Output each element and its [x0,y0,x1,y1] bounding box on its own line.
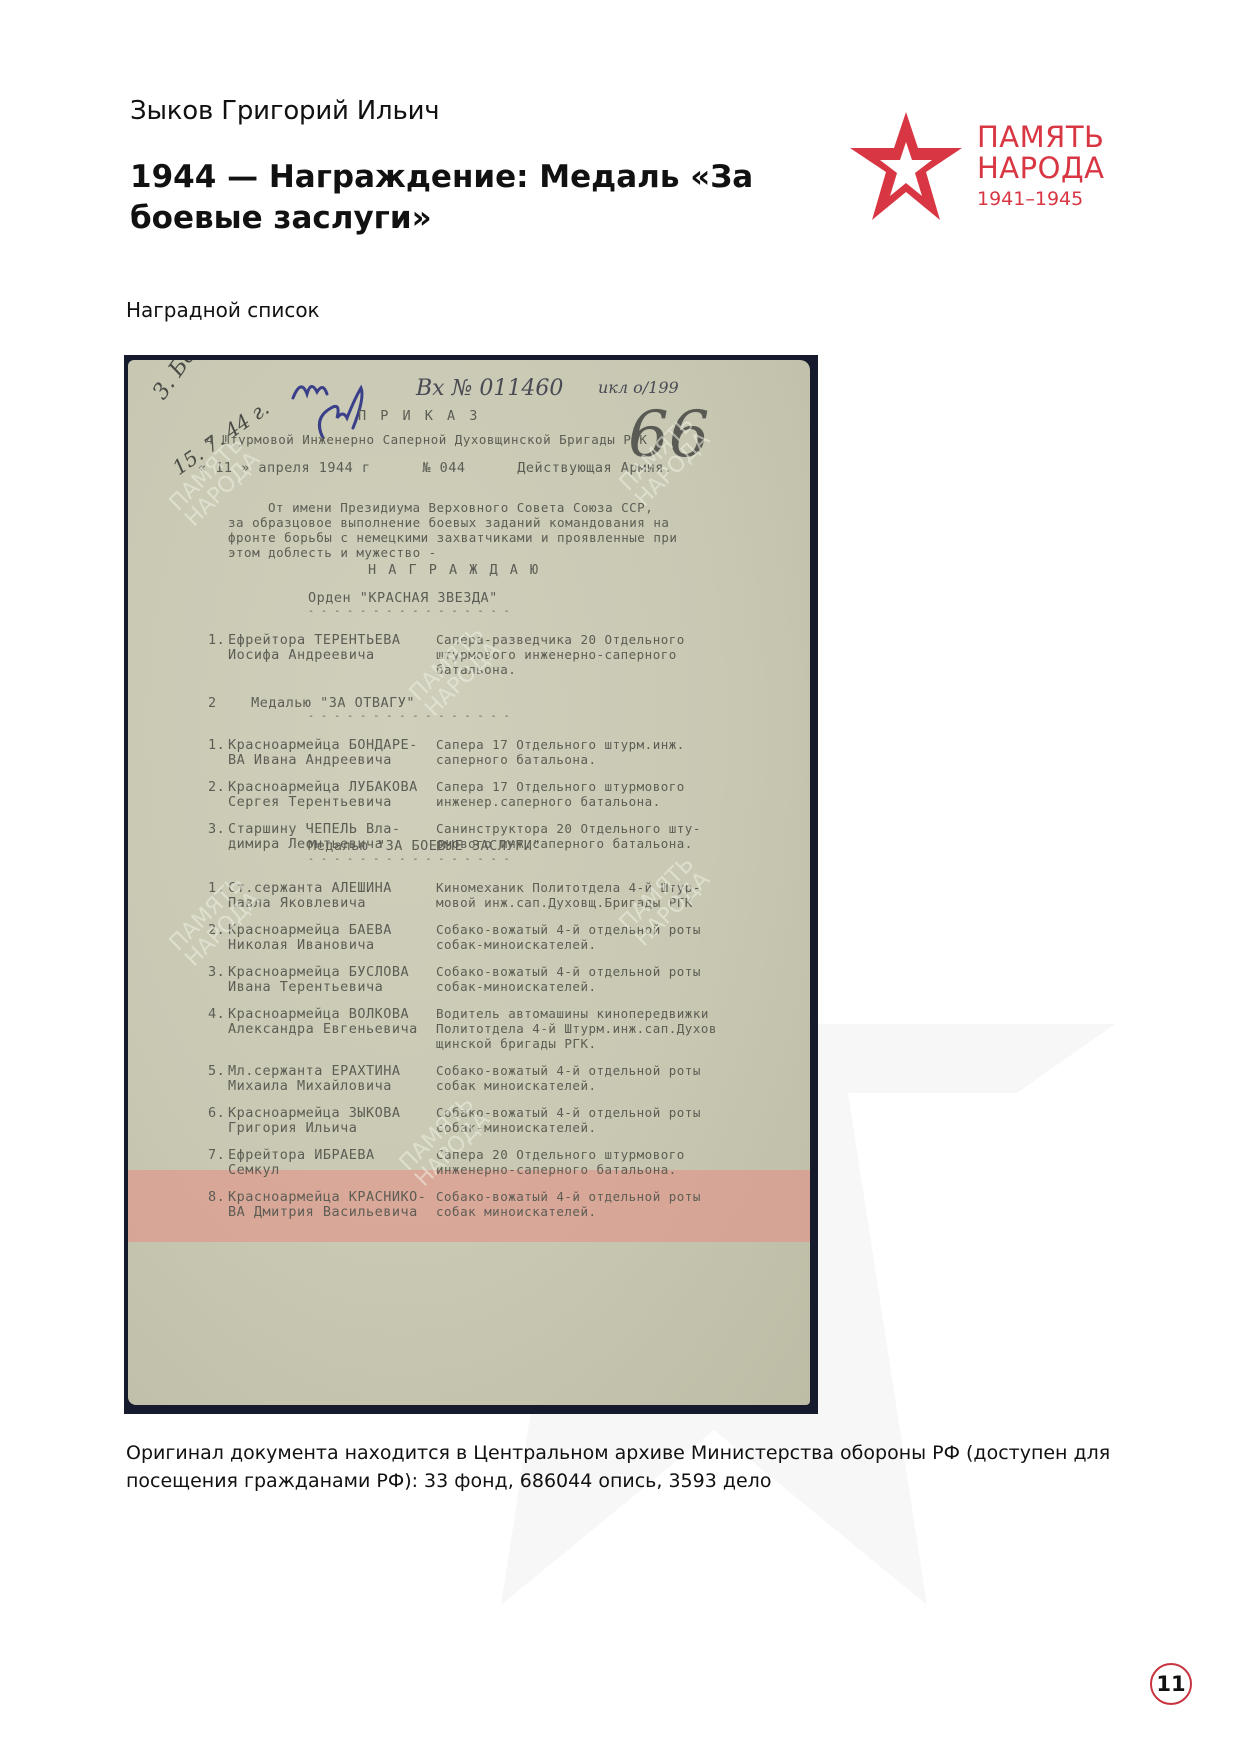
preamble-line: От имени Президиума Верховного Совета Со… [268,500,653,516]
entry-number: 8. [208,1189,225,1205]
entry-role: Собако-вожатый 4-й отдельной роты [436,1189,701,1205]
document-date-line: « 11 » апреля 1944 г № 044 Действующая А… [198,460,673,476]
entry-role: Собако-вожатый 4-й отдельной роты [436,1063,701,1079]
entry-name: Михаила Михайловича [228,1078,392,1094]
section-underline: - - - - - - - - - - - - - - - - [308,604,510,620]
entry-name: ВА Ивана Андреевича [228,752,392,768]
entry-role: Сапера 20 Отдельного штурмового [436,1147,685,1163]
document-unit: 4 Штурмовой Инженерно Саперной Духовщинс… [206,432,647,448]
award-word: Н А Г Р А Ж Д А Ю [368,562,540,578]
entry-name: Красноармейца ЛУБАКОВА [228,779,418,795]
handwritten-registration: Вх № 011460 [416,376,563,401]
entry-role: собак-миноискателей. [436,979,597,995]
entry-name: Сергея Терентьевича [228,794,392,810]
entry-name: Красноармейца КРАСНИКО- [228,1189,426,1205]
entry-name: Александра Евгеньевича [228,1021,418,1037]
entry-name: Старшину ЧЕПЕЛЬ Вла- [228,821,401,837]
entry-role: Сапера 17 Отдельного штурм.инж. [436,737,685,753]
entry-role: собак-миноискателей. [436,937,597,953]
document-heading: П Р И К А З [358,408,480,424]
entry-role: щинской бригады РГК. [436,1036,597,1052]
red-star-icon [850,112,962,220]
entry-name: Мл.сержанта ЕРАХТИНА [228,1063,401,1079]
logo-line-1: ПАМЯТЬ [977,122,1104,153]
entry-number: 1. [208,632,225,648]
entry-name: Красноармейца ВОЛКОВА [228,1006,409,1022]
document-paper: 3. Бел. ф. 15. 7. 44 г. Вх № 011460 икл … [128,360,810,1405]
entry-number: 3. [208,964,225,980]
entry-name: ВА Дмитрия Васильевича [228,1204,418,1220]
handwritten-corner-note: 3. Бел. ф. [148,360,231,404]
entry-number: 3. [208,821,225,837]
entry-role: Политотдела 4-й Штурм.инж.сап.Духов [436,1021,717,1037]
section-underline: - - - - - - - - - - - - - - - - [308,852,510,868]
entry-number: 7. [208,1147,225,1163]
entry-number: 5. [208,1063,225,1079]
entry-role: инженерно-саперного батальона. [436,1162,677,1178]
entry-role: Сапера 17 Отдельного штурмового [436,779,685,795]
logo-years: 1941–1945 [977,186,1104,212]
section-underline: - - - - - - - - - - - - - - - - [308,709,510,725]
preamble-line: фронте борьбы с немецкими захватчиками и… [228,530,677,546]
entry-name: Ефрейтора ИБРАЕВА [228,1147,375,1163]
entry-number: 2. [208,779,225,795]
entry-name: Красноармейца ЗЫКОВА [228,1105,401,1121]
entry-number: 6. [208,1105,225,1121]
entry-name: Красноармейца БАЕВА [228,922,392,938]
entry-number: 4. [208,1006,225,1022]
entry-role: Водитель автомашины кинопередвижки [436,1006,709,1022]
logo-line-2: НАРОДА [977,153,1104,184]
logo-text: ПАМЯТЬ НАРОДА 1941–1945 [977,122,1104,212]
entry-name: Семкул [228,1162,280,1178]
page-number: 11 [1150,1663,1192,1705]
entry-role: Санинструктора 20 Отдельного шту- [436,821,701,837]
person-name: Зыков Григорий Ильич [130,96,439,126]
page-title: 1944 — Награждение: Медаль «За боевые за… [130,157,790,239]
entry-name: Красноармейца БУСЛОВА [228,964,409,980]
entry-number: 1. [208,737,225,753]
entry-role: инженер.саперного батальона. [436,794,661,810]
archive-caption: Оригинал документа находится в Центральн… [126,1439,1126,1495]
entry-name: Ивана Терентьевича [228,979,383,995]
entry-name: Ефрейтора ТЕРЕНТЬЕВА [228,632,401,648]
entry-name: Николая Ивановича [228,937,375,953]
entry-role: собак миноискателей. [436,1204,597,1220]
archive-document-image: 3. Бел. ф. 15. 7. 44 г. Вх № 011460 икл … [124,355,818,1414]
preamble-line: за образцовое выполнение боевых заданий … [228,515,669,531]
pamyat-naroda-logo: ПАМЯТЬ НАРОДА 1941–1945 [850,112,1110,222]
preamble-line: этом доблесть и мужество - [228,545,437,561]
handwritten-top-right: икл о/199 [598,378,679,397]
section-label: Наградной список [126,298,320,322]
entry-role: саперного батальона. [436,752,597,768]
entry-name: Иосифа Андреевича [228,647,375,663]
entry-name: Григория Ильича [228,1120,357,1136]
entry-name: Красноармейца БОНДАРЕ- [228,737,418,753]
entry-role: Собако-вожатый 4-й отдельной роты [436,964,701,980]
